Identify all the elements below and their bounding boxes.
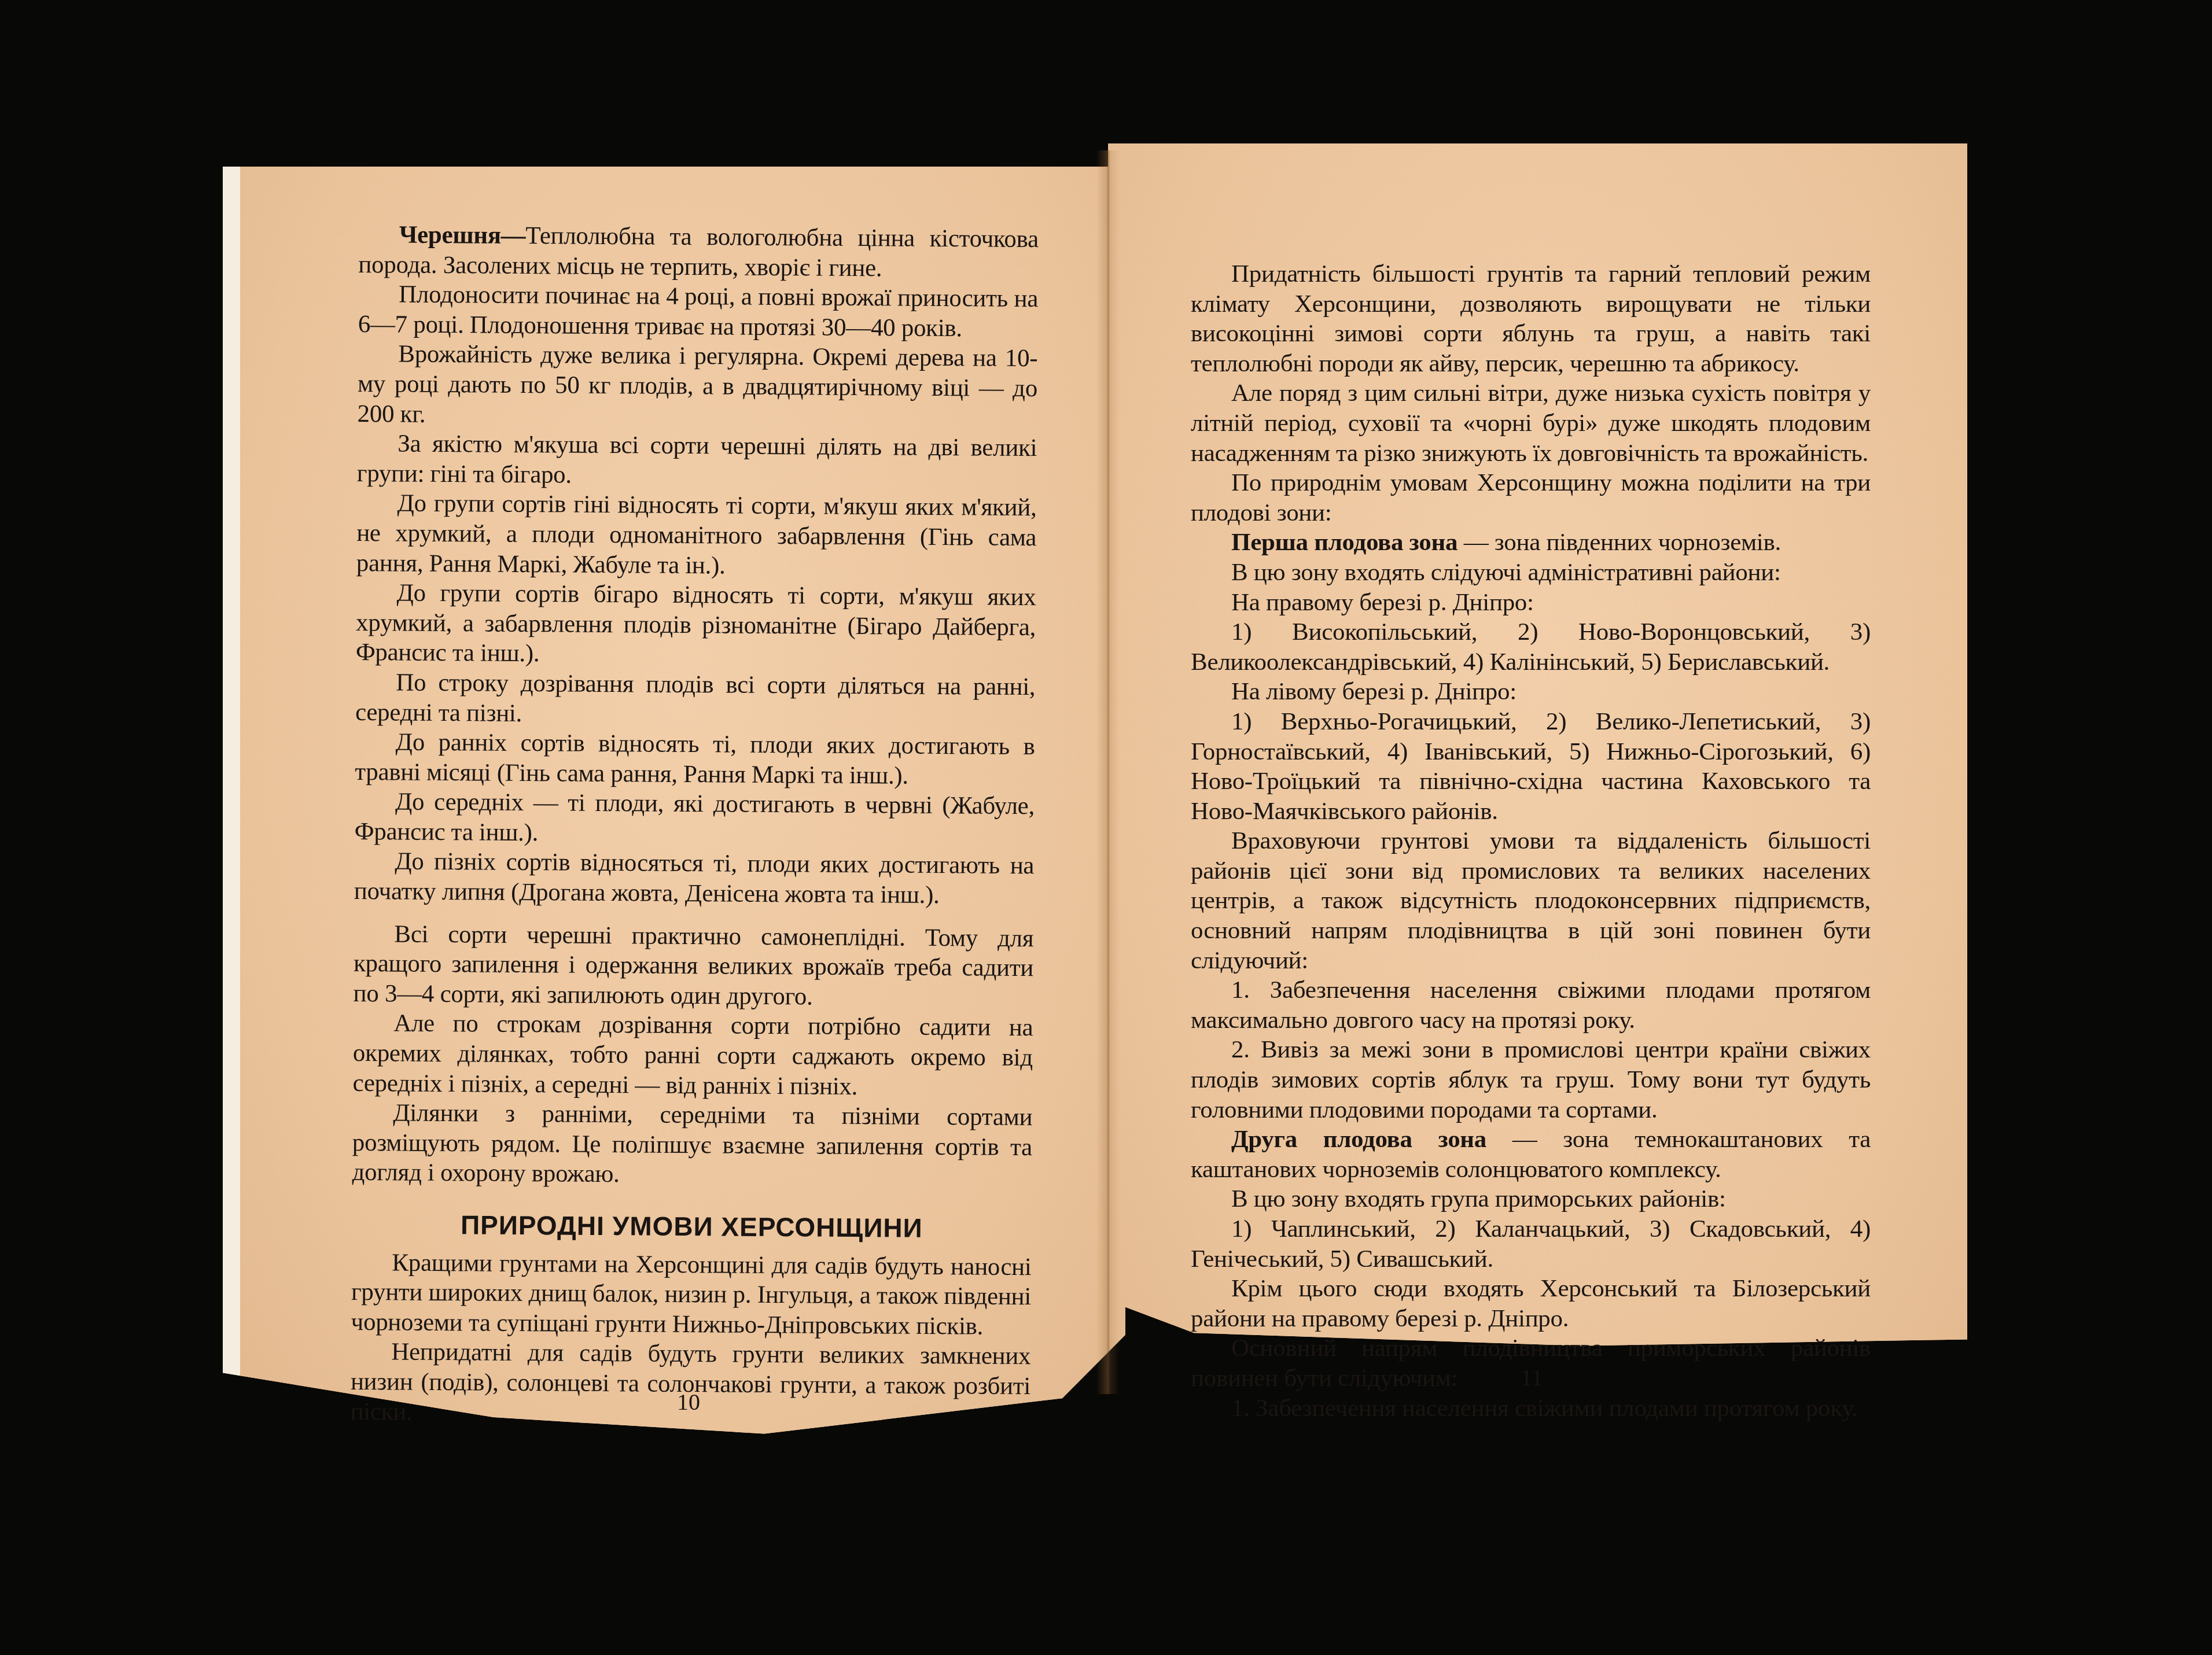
paragraph: Враховуючи грунтові умови та віддаленіст… (1191, 826, 1871, 975)
paragraph: На лівому березі р. Дніпро: (1191, 677, 1871, 707)
page-number-right: 11 (1521, 1364, 1543, 1391)
paragraph: 1) Високопільський, 2) Ново-Воронцовськи… (1191, 617, 1871, 677)
paragraph: 1. Забезпечення населення свіжими плодам… (1191, 1394, 1871, 1424)
paragraph: До групи сортів бігаро відносять ті сорт… (356, 578, 1036, 672)
paragraph: До пізніх сортів відносяться ті, плоди я… (354, 846, 1035, 911)
paragraph: До ранніх сортів відносять ті, плоди яки… (355, 727, 1035, 791)
section-heading: ПРИРОДНІ УМОВИ ХЕРСОНЩИНИ (352, 1210, 1032, 1244)
paragraph: 2. Вивіз за межі зони в промислові центр… (1191, 1035, 1871, 1125)
paragraph: Непридатні для садів будуть грунти велик… (350, 1337, 1030, 1431)
paragraph: Кращими грунтами на Херсонщині для садів… (351, 1248, 1032, 1342)
paragraph: Всі сорти черешні практично самонеплідні… (353, 919, 1033, 1013)
paragraph: До середніх — ті плоди, які достигають в… (354, 787, 1035, 851)
paragraph: Друга плодова зона — зона темнокаштанови… (1191, 1125, 1871, 1184)
paragraph: По строку дозрівання плодів всі сорти ді… (355, 668, 1036, 732)
paragraph: Черешня—Теплолюбна та вологолюбна цінна … (358, 220, 1039, 284)
paragraph: До групи сортів гіні відносять ті сорти,… (356, 488, 1037, 583)
paragraph: Врожайність дуже велика і регулярна. Окр… (357, 339, 1037, 433)
paragraph: Ділянки з ранніми, середніми та пізніми … (352, 1098, 1032, 1192)
book-gutter (1096, 150, 1120, 1394)
term-bold: Черешня— (399, 221, 526, 249)
paragraph: Крім цього сюди входять Херсонський та Б… (1191, 1274, 1871, 1333)
paragraph: 1) Чаплинський, 2) Каланчацький, 3) Скад… (1191, 1214, 1871, 1274)
paragraph: Плодоносити починає на 4 році, а повні в… (358, 279, 1039, 344)
paragraph: На правому березі р. Дніпро: (1191, 588, 1871, 618)
paragraph: Але по строкам дозрівання сорти потрібно… (352, 1008, 1033, 1103)
paragraph: Придатність більшості грунтів та гарний … (1191, 259, 1871, 378)
page-number-left: 10 (677, 1388, 700, 1416)
left-page-text: Черешня—Теплолюбна та вологолюбна цінна … (350, 220, 1039, 1431)
paragraph: Перша плодова зона — зона південних чорн… (1191, 528, 1871, 558)
right-page-text: Придатність більшості грунтів та гарний … (1191, 259, 1871, 1423)
paragraph: В цю зону входять група приморських райо… (1191, 1184, 1871, 1214)
zone-title-bold: Друга плодова зона (1231, 1126, 1486, 1153)
paragraph: Але поряд з цим сильні вітри, дуже низьк… (1191, 378, 1871, 468)
paragraph: В цю зону входять слідуючі адміністратив… (1191, 558, 1871, 588)
paragraph: За якістю м'якуша всі сорти черешні діля… (357, 429, 1037, 493)
paragraph: 1) Верхньо-Рогачицький, 2) Велико-Лепети… (1191, 707, 1871, 826)
paragraph: 1. Забезпечення населення свіжими плодам… (1191, 975, 1871, 1035)
paragraph: По природнім умовам Херсонщину можна под… (1191, 468, 1871, 528)
zone-title-bold: Перша плодова зона (1231, 529, 1458, 556)
